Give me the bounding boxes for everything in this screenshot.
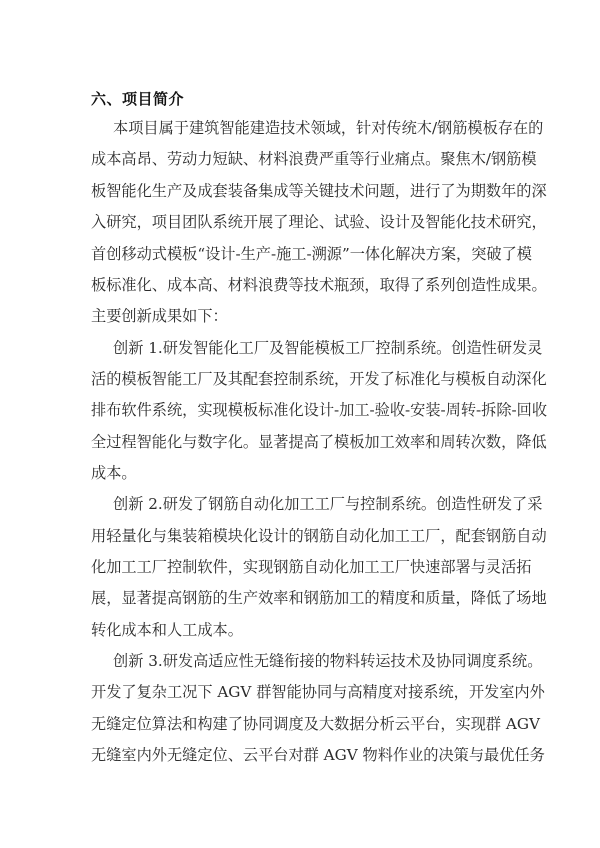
text-line: 转化成本和人工成本。 xyxy=(91,619,511,641)
text-line: 板标准化、成本高、材料浪费等技术瓶颈，取得了系列创造性成果。 xyxy=(91,274,511,296)
section-heading: 六、项目简介 xyxy=(91,88,184,109)
text-line: 无缝定位算法和构建了协同调度及大数据分析云平台，实现群 AGV xyxy=(91,713,511,735)
text-line: 化加工工厂控制软件，实现钢筋自动化加工工厂快速部署与灵活拓 xyxy=(91,556,511,578)
text-line: 本项目属于建筑智能建造技术领域，针对传统木/钢筋模板存在的 xyxy=(113,117,511,139)
text-line: 首创移动式模板“设计-生产-施工-溯源”一体化解决方案，突破了模 xyxy=(91,243,511,265)
text-line: 成本。 xyxy=(91,462,511,484)
text-line: 开发了复杂工况下 AGV 群智能协同与高精度对接系统，开发室内外 xyxy=(91,681,511,703)
text-line: 排布软件系统，实现模板标准化设计-加工-验收-安装-周转-拆除-回收 xyxy=(91,399,511,421)
text-line: 用轻量化与集装箱模块化设计的钢筋自动化加工工厂，配套钢筋自动 xyxy=(91,525,511,547)
text-line: 创新 3.研发高适应性无缝衔接的物料转运技术及协同调度系统。 xyxy=(113,650,511,672)
text-line: 主要创新成果如下： xyxy=(91,305,511,327)
document-page: 六、项目简介 本项目属于建筑智能建造技术领域，针对传统木/钢筋模板存在的成本高昂… xyxy=(0,0,600,848)
text-line: 全过程智能化与数字化。显著提高了模板加工效率和周转次数，降低 xyxy=(91,431,511,453)
text-line: 无缝室内外无缝定位、云平台对群 AGV 物料作业的决策与最优任务 xyxy=(91,744,511,766)
text-line: 展，显著提高钢筋的生产效率和钢筋加工的精度和质量，降低了场地 xyxy=(91,587,511,609)
text-line: 成本高昂、劳动力短缺、材料浪费严重等行业痛点。聚焦木/钢筋模 xyxy=(91,148,511,170)
text-line: 板智能化生产及成套装备集成等关键技术问题，进行了为期数年的深 xyxy=(91,180,511,202)
text-line: 入研究，项目团队系统开展了理论、试验、设计及智能化技术研究， xyxy=(91,211,511,233)
text-line: 创新 2.研发了钢筋自动化加工工厂与控制系统。创造性研发了采 xyxy=(113,493,511,515)
text-line: 创新 1.研发智能化工厂及智能模板工厂控制系统。创造性研发灵 xyxy=(113,337,511,359)
text-line: 活的模板智能工厂及其配套控制系统，开发了标准化与模板自动深化 xyxy=(91,368,511,390)
